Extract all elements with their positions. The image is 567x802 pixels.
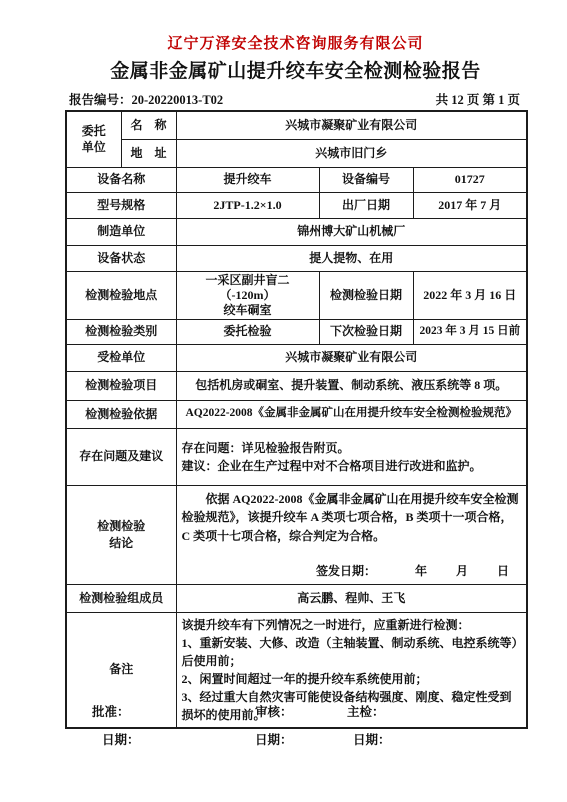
- value-manufacturer: 锦州博大矿山机械厂: [176, 218, 527, 245]
- value-model: 2JTP-1.2×1.0: [176, 192, 319, 218]
- value-entrust-name: 兴城市凝聚矿业有限公司: [176, 111, 527, 139]
- row-problems: 存在问题及建议 存在问题：详见检验报告附页。 建议：企业在生产过程中对不合格项目…: [66, 428, 527, 485]
- value-basis: AQ2022-2008《金属非金属矿山在用提升绞车安全检测检验规范》: [176, 400, 527, 428]
- value-inspect-date: 2022 年 3 月 16 日: [413, 271, 527, 319]
- row-manufacturer: 制造单位 锦州博大矿山机械厂: [66, 218, 527, 245]
- label-next-date: 下次检验日期: [319, 319, 413, 344]
- label-conclusion: 检测检验 结论: [66, 485, 176, 584]
- label-team: 检测检验组成员: [66, 584, 176, 612]
- value-factory-date: 2017 年 7 月: [413, 192, 527, 218]
- report-page: 辽宁万泽安全技术咨询服务有限公司 金属非金属矿山提升绞车安全检测检验报告 报告编…: [0, 0, 567, 802]
- label-category: 检测检验类别: [66, 319, 176, 344]
- value-next-date: 2023 年 3 月 15 日前: [413, 319, 527, 344]
- remark-line-1: 1、重新安装、大修、改造（主轴装置、制动系统、电控系统等）后使用前；: [182, 634, 522, 670]
- page-count: 共 12 页 第 1 页: [436, 90, 520, 108]
- sign-month-label: 月: [456, 564, 468, 578]
- report-header: 辽宁万泽安全技术咨询服务有限公司 金属非金属矿山提升绞车安全检测检验报告 报告编…: [65, 0, 526, 110]
- approve-label: 批准：: [92, 702, 130, 720]
- report-number-line: 报告编号：20-20220013-T02 共 12 页 第 1 页: [65, 90, 526, 110]
- row-inspected-unit: 受检单位 兴城市凝聚矿业有限公司: [66, 344, 527, 371]
- row-items: 检测检验项目 包括机房或硐室、提升装置、制动系统、液压系统等 8 项。: [66, 371, 527, 400]
- report-table: 委托 单位 名 称 兴城市凝聚矿业有限公司 地 址 兴城市旧门乡 设备名称 提升…: [65, 110, 528, 729]
- label-problems: 存在问题及建议: [66, 428, 176, 485]
- value-problems: 存在问题：详见检验报告附页。 建议：企业在生产过程中对不合格项目进行改进和监护。: [176, 428, 527, 485]
- label-basis: 检测检验依据: [66, 400, 176, 428]
- label-entrust-address: 地 址: [121, 139, 176, 167]
- row-entrust-name: 委托 单位 名 称 兴城市凝聚矿业有限公司: [66, 111, 527, 139]
- sign-date-line: 签发日期： 年 月 日: [182, 563, 522, 581]
- sign-day-label: 日: [497, 564, 509, 578]
- label-device-name: 设备名称: [66, 167, 176, 192]
- row-conclusion: 检测检验 结论 依据 AQ2022-2008《金属非金属矿山在用提升绞车安全检测…: [66, 485, 527, 584]
- label-status: 设备状态: [66, 245, 176, 271]
- row-basis: 检测检验依据 AQ2022-2008《金属非金属矿山在用提升绞车安全检测检验规范…: [66, 400, 527, 428]
- approval-footer: 批准： 审核： 主检： 日期： 日期： 日期：: [65, 700, 526, 770]
- label-factory-date: 出厂日期: [319, 192, 413, 218]
- problems-line-2: 建议：企业在生产过程中对不合格项目进行改进和监护。: [182, 457, 522, 475]
- value-category: 委托检验: [176, 319, 319, 344]
- value-status: 提人提物、在用: [176, 245, 527, 271]
- row-device-name: 设备名称 提升绞车 设备编号 01727: [66, 167, 527, 192]
- value-device-no: 01727: [413, 167, 527, 192]
- value-inspected-unit: 兴城市凝聚矿业有限公司: [176, 344, 527, 371]
- label-items: 检测检验项目: [66, 371, 176, 400]
- page-title: 金属非金属矿山提升绞车安全检测检验报告: [65, 56, 526, 83]
- row-status: 设备状态 提人提物、在用: [66, 245, 527, 271]
- company-title: 辽宁万泽安全技术咨询服务有限公司: [65, 32, 526, 53]
- value-team: 高云鹏、程帅、王飞: [176, 584, 527, 612]
- review-label: 审核：: [255, 702, 293, 720]
- value-device-name: 提升绞车: [176, 167, 319, 192]
- remark-line-0: 该提升绞车有下列情况之一时进行，应重新进行检测：: [182, 616, 522, 634]
- value-items: 包括机房或硐室、提升装置、制动系统、液压系统等 8 项。: [176, 371, 527, 400]
- value-conclusion: 依据 AQ2022-2008《金属非金属矿山在用提升绞车安全检测检验规范》，该提…: [176, 485, 527, 584]
- problems-line-1: 存在问题：详见检验报告附页。: [182, 439, 522, 457]
- label-entrust-unit: 委托 单位: [66, 111, 121, 167]
- label-manufacturer: 制造单位: [66, 218, 176, 245]
- row-category: 检测检验类别 委托检验 下次检验日期 2023 年 3 月 15 日前: [66, 319, 527, 344]
- label-entrust-name: 名 称: [121, 111, 176, 139]
- row-team: 检测检验组成员 高云鹏、程帅、王飞: [66, 584, 527, 612]
- value-entrust-address: 兴城市旧门乡: [176, 139, 527, 167]
- label-model: 型号规格: [66, 192, 176, 218]
- label-device-no: 设备编号: [319, 167, 413, 192]
- row-model: 型号规格 2JTP-1.2×1.0 出厂日期 2017 年 7 月: [66, 192, 527, 218]
- value-location: 一采区副井盲二（-120m） 绞车硐室: [176, 271, 319, 319]
- chief-date-label: 日期：: [353, 730, 391, 748]
- approve-date-label: 日期：: [102, 730, 140, 748]
- label-inspect-date: 检测检验日期: [319, 271, 413, 319]
- remark-line-2: 2、闲置时间超过一年的提升绞车系统使用前；: [182, 670, 522, 688]
- row-entrust-address: 地 址 兴城市旧门乡: [66, 139, 527, 167]
- review-date-label: 日期：: [255, 730, 293, 748]
- row-location: 检测检验地点 一采区副井盲二（-120m） 绞车硐室 检测检验日期 2022 年…: [66, 271, 527, 319]
- report-number: 报告编号：20-20220013-T02: [69, 90, 223, 108]
- conclusion-paragraph: 依据 AQ2022-2008《金属非金属矿山在用提升绞车安全检测检验规范》，该提…: [182, 490, 522, 546]
- label-inspected-unit: 受检单位: [66, 344, 176, 371]
- sign-year-label: 年: [415, 564, 427, 578]
- chief-inspector-label: 主检：: [347, 702, 385, 720]
- sign-date-label: 签发日期：: [316, 564, 376, 578]
- label-location: 检测检验地点: [66, 271, 176, 319]
